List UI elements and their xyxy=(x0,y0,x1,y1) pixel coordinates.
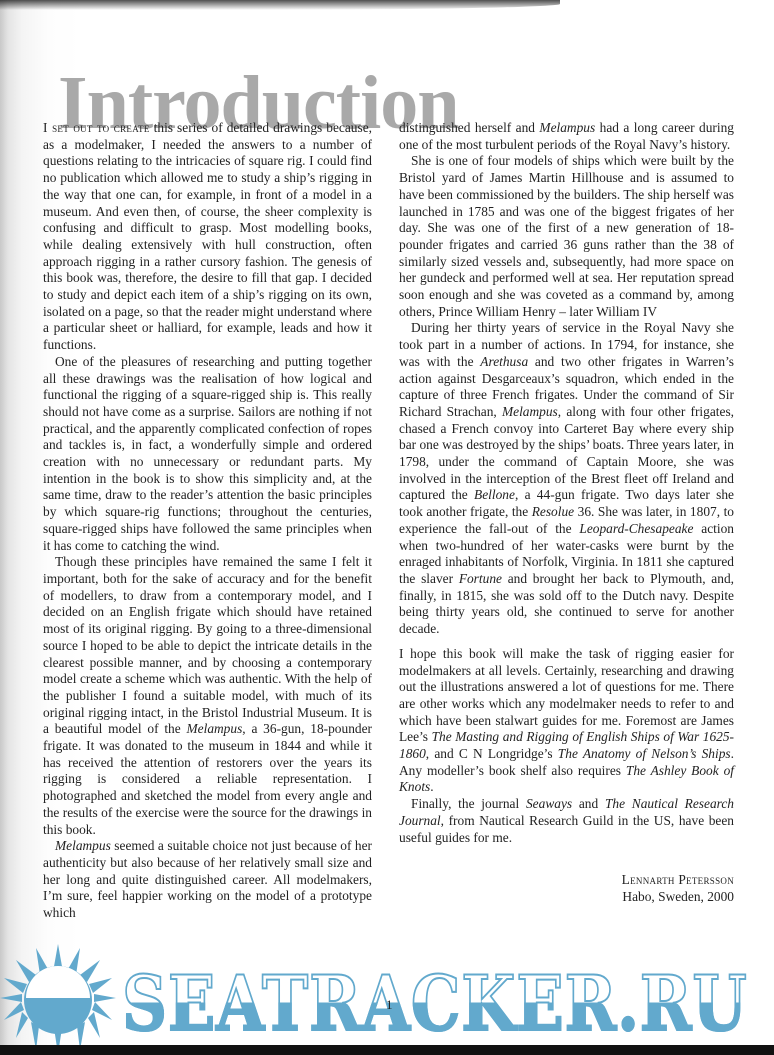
book-page: Introduction I set out to create this se… xyxy=(0,0,774,1055)
page-number: 1 xyxy=(386,997,393,1013)
scan-shadow xyxy=(0,0,560,10)
watermark: SEATRACKER.RU xyxy=(0,940,774,1040)
paragraph: During her thirty years of service in th… xyxy=(399,320,734,637)
watermark-text: SEATRACKER.RU xyxy=(122,964,748,1044)
paragraph: distinguished herself and Melampus had a… xyxy=(399,120,734,153)
paragraph: Melampus seemed a suitable choice not ju… xyxy=(43,838,372,922)
paragraph: Though these principles have remained th… xyxy=(43,554,372,838)
signature: Lennarth Petersson Habo, Sweden, 2000 xyxy=(399,872,734,905)
author-name: Lennarth Petersson xyxy=(399,872,734,889)
scan-edge xyxy=(0,1045,774,1055)
paragraph: I hope this book will make the task of r… xyxy=(399,646,734,796)
author-place-date: Habo, Sweden, 2000 xyxy=(399,889,734,906)
right-column: distinguished herself and Melampus had a… xyxy=(399,120,734,906)
paragraph: One of the pleasures of researching and … xyxy=(43,354,372,554)
paragraph: She is one of four models of ships which… xyxy=(399,153,734,320)
lead-in: I set out to create xyxy=(43,120,150,135)
left-column: I set out to create this series of detai… xyxy=(43,120,372,922)
paragraph: I set out to create this series of detai… xyxy=(43,120,372,354)
paragraph: Finally, the journal Seaways and The Nau… xyxy=(399,796,734,846)
